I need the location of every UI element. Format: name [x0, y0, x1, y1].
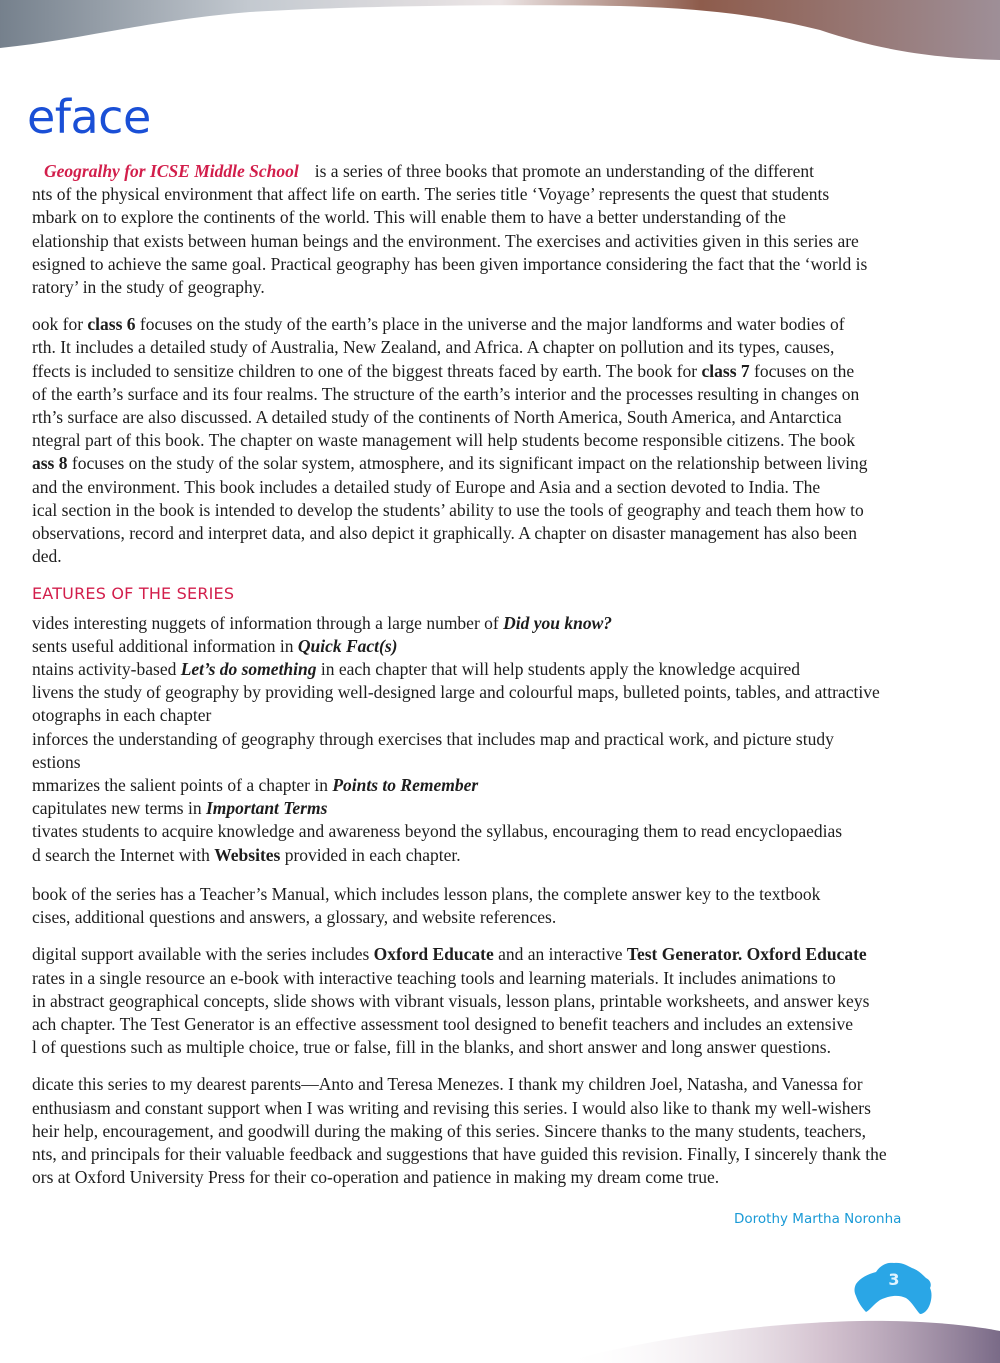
list-item: vides interesting nuggets of information…: [32, 612, 932, 635]
classes-paragraph: ook for class 6 focuses on the study of …: [32, 313, 932, 568]
digital-support-paragraph: digital support available with the serie…: [32, 943, 932, 1059]
header-photo-decoration: [0, 0, 1000, 70]
list-item: sents useful additional information in Q…: [32, 635, 932, 658]
page-title: eface: [27, 90, 151, 144]
author-signature: Dorothy Martha Noronha: [734, 1211, 901, 1227]
features-list: vides interesting nuggets of information…: [32, 612, 932, 867]
preface-body: Geogralhy for ICSE Middle Schoolis a ser…: [32, 160, 932, 1203]
features-heading: EATURES OF THE SERIES: [32, 582, 932, 605]
list-item: ntains activity-based Let’s do something…: [32, 658, 932, 681]
teachers-manual-paragraph: book of the series has a Teacher’s Manua…: [32, 883, 932, 929]
list-item: mmarizes the salient points of a chapter…: [32, 774, 932, 797]
series-title: Geogralhy for ICSE Middle School: [44, 161, 299, 181]
list-item: tivates students to acquire knowledge an…: [32, 820, 932, 843]
intro-paragraph: Geogralhy for ICSE Middle Schoolis a ser…: [32, 160, 932, 299]
list-item: inforces the understanding of geography …: [32, 728, 932, 751]
page-number: 3: [884, 1270, 904, 1289]
list-item: livens the study of geography by providi…: [32, 681, 932, 704]
list-item: capitulates new terms in Important Terms: [32, 797, 932, 820]
dedication-paragraph: dicate this series to my dearest parents…: [32, 1073, 932, 1189]
